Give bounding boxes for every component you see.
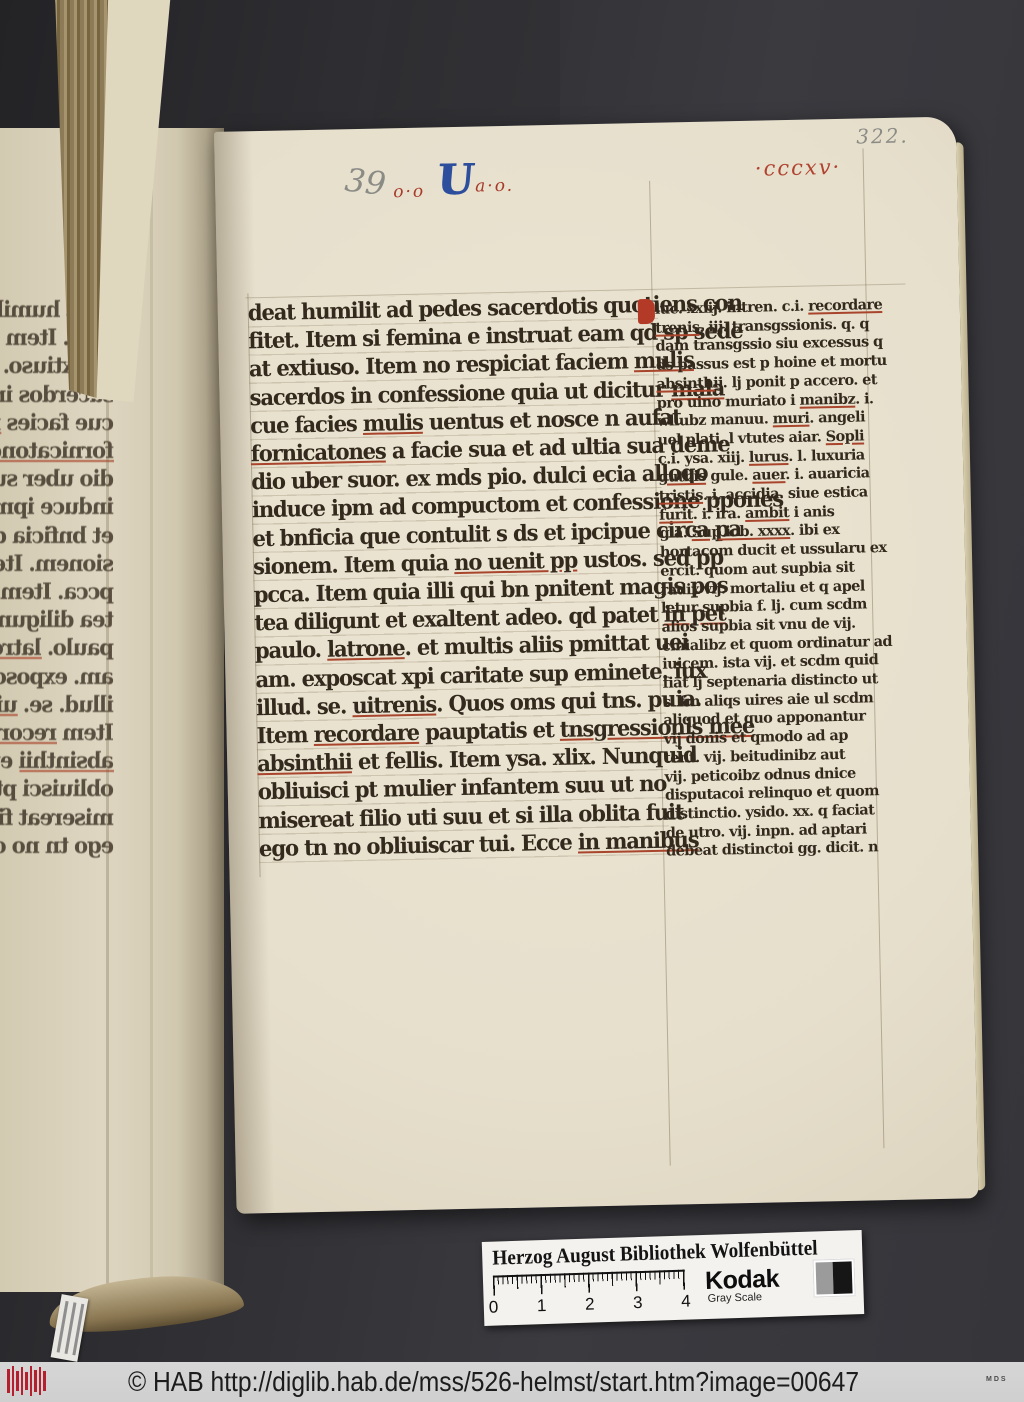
running-title-initial: U (435, 155, 476, 205)
text-line: am. exposcat xpi caritate sup eminete. i… (0, 663, 114, 691)
rubric-initial (638, 299, 656, 324)
main-text-column: deat humilit ad pedes sacerdotis quotien… (248, 291, 670, 864)
text-line: dio uber suor. ex mds pio. dulci ecia al… (0, 465, 114, 493)
folio-number-pencil: 322. (856, 123, 909, 148)
scanner-mark: MDS (986, 1376, 1008, 1383)
rubric-flourish: a·o. (475, 176, 514, 197)
text-line: obliuisci pt mulier infantem suu ut no (0, 775, 114, 803)
manuscript-page: 39 o·o U a·o. ·cccxv· 322. deat humilit … (214, 116, 978, 1213)
shelf-mark-sticker (51, 1294, 89, 1362)
kodak-gray-scale-label: Gray Scale (707, 1291, 762, 1305)
library-label: Herzog August Bibliothek Wolfenbüttel 01… (482, 1230, 864, 1326)
fold-line (150, 128, 153, 1292)
text-line: ego tn no obliuiscar tui. Ecce in manibu… (0, 832, 114, 860)
pencil-quire-note: 39 (343, 161, 388, 204)
ruler-number: 1 (537, 1296, 547, 1316)
photo: deat humilit ad pedes sacerdotis quotien… (0, 0, 1024, 1402)
gray-scale-patch (812, 1258, 855, 1297)
text-line: illud. se. uitrenis. Quos oms qui tns. p… (0, 691, 114, 719)
copyright-caption: © HAB http://diglib.hab.de/mss/526-helms… (128, 1366, 859, 1398)
text-line: pcca. Item quia illi qui bn pnitent magi… (0, 578, 114, 606)
ruler-number: 4 (681, 1291, 691, 1311)
text-line: cue facies mulis uentus et nosce n aufat (0, 409, 114, 437)
text-line: et bnficia que contulit s ds et ipcipue … (0, 522, 114, 550)
text-line: paulo. latrone. et multis aliis pmittat … (0, 634, 114, 662)
color-registration-mark-icon (6, 1365, 48, 1397)
text-line: misereat filio uti suu et si illa oblita… (0, 804, 114, 832)
text-line: Item recordare pauptatis et tnsgressioni… (0, 719, 114, 747)
gloss-text-column: luc. xxiij. intren. c.i. recordaretrenis… (655, 295, 923, 861)
text-line: absinthii et fellis. Item ysa. xlix. Nun… (0, 747, 114, 775)
ruler-number: 3 (633, 1293, 643, 1313)
scale-ruler: 01234 (493, 1269, 694, 1319)
ruler-number: 0 (489, 1298, 499, 1318)
text-line: tea diligunt et exaltent adeo. qd patet … (0, 606, 114, 634)
text-line: debeat distinctoi gg. dicit. n (666, 838, 922, 862)
rubric-flourish: o·o (393, 182, 425, 203)
text-line: sionem. Item quia no uenit pp ustos. sed… (0, 550, 114, 578)
scale-ruler-numbers: 01234 (489, 1291, 692, 1317)
ruler-number: 2 (585, 1294, 595, 1314)
folio-number-roman: ·cccxv· (755, 155, 842, 181)
text-line: induce ipm ad compuctom et confessione p… (0, 493, 114, 521)
text-line: fornicatones a facie sua et ad ultia sua… (0, 437, 114, 465)
